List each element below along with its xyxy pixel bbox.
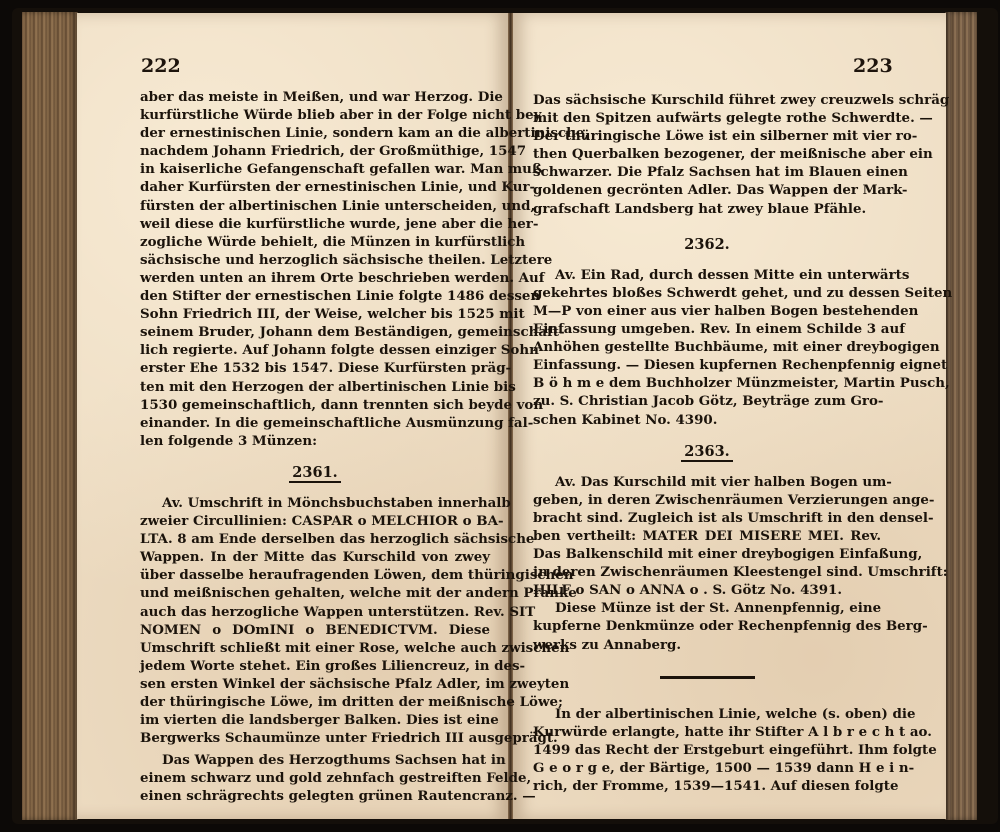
text-line: aber das meiste in Meißen, und war Herzo…: [140, 88, 490, 106]
text-line: daher Kurfürsten der ernestinischen Lini…: [140, 178, 490, 196]
text-line: HILF o SAN o ANNA o . S. Götz No. 4391.: [533, 581, 881, 599]
text-line: weil diese die kurfürstliche wurde, jene…: [140, 215, 490, 233]
text-line: Sohn Friedrich III, der Weise, welcher b…: [140, 305, 490, 323]
text-line: ten mit den Herzogen der albertinischen …: [140, 378, 490, 396]
text-line: Kurwürde erlangte, hatte ihr Stifter A l…: [533, 723, 881, 741]
text-line: zogliche Würde behielt, die Münzen in ku…: [140, 233, 490, 251]
paragraph-2362: Av. Ein Rad, durch dessen Mitte ein unte…: [533, 266, 881, 429]
text-line: seinem Bruder, Johann dem Beständigen, g…: [140, 323, 490, 341]
section-number-label: 2363.: [681, 443, 732, 462]
text-line: fürsten der albertinischen Linie untersc…: [140, 197, 490, 215]
text-line: erster Ehe 1532 bis 1547. Diese Kurfürst…: [140, 359, 490, 377]
text-line: Das Balkenschild mit einer dreybogigen E…: [533, 545, 881, 563]
text-line: bracht sind. Zugleich ist als Umschrift …: [533, 509, 881, 527]
text-line: In der albertinischen Linie, welche (s. …: [533, 705, 881, 723]
text-line: kurfürstliche Würde blieb aber in der Fo…: [140, 106, 490, 124]
text-line: und meißnischen gehalten, welche mit der…: [140, 584, 490, 602]
paragraph-saxony-arms: Das Wappen des Herzogthums Sachsen hat i…: [140, 751, 490, 805]
right-page-text: Das sächsische Kurschild führet zwey cre…: [533, 91, 881, 795]
section-number-2363: 2363.: [533, 443, 881, 461]
page-number-left: 222: [141, 55, 181, 77]
text-line: then Querbalken bezogener, der meißnisch…: [533, 145, 881, 163]
page-edges-left: [22, 12, 78, 820]
paragraph-2363: Av. Das Kurschild mit vier halben Bogen …: [533, 473, 881, 600]
text-line: in deren Zwischenräumen Kleestengel sind…: [533, 563, 881, 581]
text-line: einander. In die gemeinschaftliche Ausmü…: [140, 414, 490, 432]
text-line: 1499 das Recht der Erstgeburt eingeführt…: [533, 741, 881, 759]
paragraph-intro: aber das meiste in Meißen, und war Herzo…: [140, 88, 490, 450]
text-line: goldenen gecrönten Adler. Das Wappen der…: [533, 181, 881, 199]
text-line: über dasselbe heraufragenden Löwen, dem …: [140, 566, 490, 584]
text-line: Diese Münze ist der St. Annenpfennig, ei…: [533, 599, 881, 617]
text-line: Das Wappen des Herzogthums Sachsen hat i…: [140, 751, 490, 769]
text-line: Einfassung. — Diesen kupfernen Rechenpfe…: [533, 356, 881, 374]
text-line: Anhöhen gestellte Buchbäume, mit einer d…: [533, 338, 881, 356]
paragraph-annenpfennig: Diese Münze ist der St. Annenpfennig, ei…: [533, 599, 881, 653]
text-line: werden unten an ihrem Orte beschrieben w…: [140, 269, 490, 287]
section-number-2362: 2362.: [533, 236, 881, 254]
text-line: schen Kabinet No. 4390.: [533, 411, 881, 429]
text-line: in kaiserliche Gefangenschaft gefallen w…: [140, 160, 490, 178]
section-divider-rule: [660, 676, 755, 679]
paragraph-2361: Av. Umschrift in Mönchsbuchstaben innerh…: [140, 494, 490, 747]
text-line: rich, der Fromme, 1539—1541. Auf diesen …: [533, 777, 881, 795]
text-line: grafschaft Landsberg hat zwey blaue Pfäh…: [533, 200, 881, 218]
text-line: nachdem Johann Friedrich, der Großmüthig…: [140, 142, 490, 160]
paragraph-kurschild: Das sächsische Kurschild führet zwey cre…: [533, 91, 881, 218]
text-line: sächsische und herzoglich sächsische the…: [140, 251, 490, 269]
text-line: Umschrift schließt mit einer Rose, welch…: [140, 639, 490, 657]
text-line: M—P von einer aus vier halben Bogen best…: [533, 302, 881, 320]
text-line: zweier Circullinien: CASPAR o MELCHIOR o…: [140, 512, 490, 530]
text-line: B ö h m e dem Buchholzer Münzmeister, Ma…: [533, 374, 881, 392]
text-line: mit den Spitzen aufwärts gelegte rothe S…: [533, 109, 881, 127]
text-line: jedem Worte stehet. Ein großes Liliencre…: [140, 657, 490, 675]
text-line: schwarzer. Die Pfalz Sachsen hat im Blau…: [533, 163, 881, 181]
section-number-2361: 2361.: [140, 464, 490, 482]
text-line: kupferne Denkmünze oder Rechenpfennig de…: [533, 617, 881, 635]
text-line: Av. Das Kurschild mit vier halben Bogen …: [533, 473, 881, 491]
text-line: ben vertheilt: MATER DEI MISERE MEI. Rev…: [533, 527, 881, 545]
text-line: Wappen. In der Mitte das Kurschild von z…: [140, 548, 490, 566]
text-line: G e o r g e, der Bärtige, 1500 — 1539 da…: [533, 759, 881, 777]
text-line: werks zu Annaberg.: [533, 636, 881, 654]
text-line: Einfassung umgeben. Rev. In einem Schild…: [533, 320, 881, 338]
text-line: auch das herzogliche Wappen unterstützen…: [140, 603, 490, 621]
text-line: der thüringische Löwe, im dritten der me…: [140, 693, 490, 711]
page-edges-right: [945, 12, 977, 820]
section-number-label: 2362.: [681, 236, 732, 253]
text-line: LTA. 8 am Ende derselben das herzoglich …: [140, 530, 490, 548]
text-line: lich regierte. Auf Johann folgte dessen …: [140, 341, 490, 359]
text-line: einen schrägrechts gelegten grünen Raute…: [140, 787, 490, 805]
text-line: gekehrtes bloßes Schwerdt gehet, und zu …: [533, 284, 881, 302]
paragraph-albertine-line: In der albertinischen Linie, welche (s. …: [533, 705, 881, 795]
text-line: sen ersten Winkel der sächsische Pfalz A…: [140, 675, 490, 693]
text-line: 1530 gemeinschaftlich, dann trennten sic…: [140, 396, 490, 414]
text-line: zu. S. Christian Jacob Götz, Beyträge zu…: [533, 392, 881, 410]
text-line: geben, in deren Zwischenräumen Verzierun…: [533, 491, 881, 509]
page-number-right: 223: [853, 55, 893, 77]
text-line: den Stifter der ernestischen Linie folgt…: [140, 287, 490, 305]
text-line: Av. Ein Rad, durch dessen Mitte ein unte…: [533, 266, 881, 284]
text-line: Das sächsische Kurschild führet zwey cre…: [533, 91, 881, 109]
text-line: einem schwarz und gold zehnfach gestreif…: [140, 769, 490, 787]
text-line: Av. Umschrift in Mönchsbuchstaben innerh…: [140, 494, 490, 512]
text-line: Bergwerks Schaumünze unter Friedrich III…: [140, 729, 490, 747]
text-line: im vierten die landsberger Balken. Dies …: [140, 711, 490, 729]
left-page-text: aber das meiste in Meißen, und war Herzo…: [140, 88, 490, 806]
text-line: Der thüringische Löwe ist ein silberner …: [533, 127, 881, 145]
text-line: NOMEN o DOmINI o BENEDICTVM. Diese: [140, 621, 490, 639]
text-line: der ernestinischen Linie, sondern kam an…: [140, 124, 490, 142]
section-number-label: 2361.: [289, 464, 340, 483]
text-line: len folgende 3 Münzen:: [140, 432, 490, 450]
